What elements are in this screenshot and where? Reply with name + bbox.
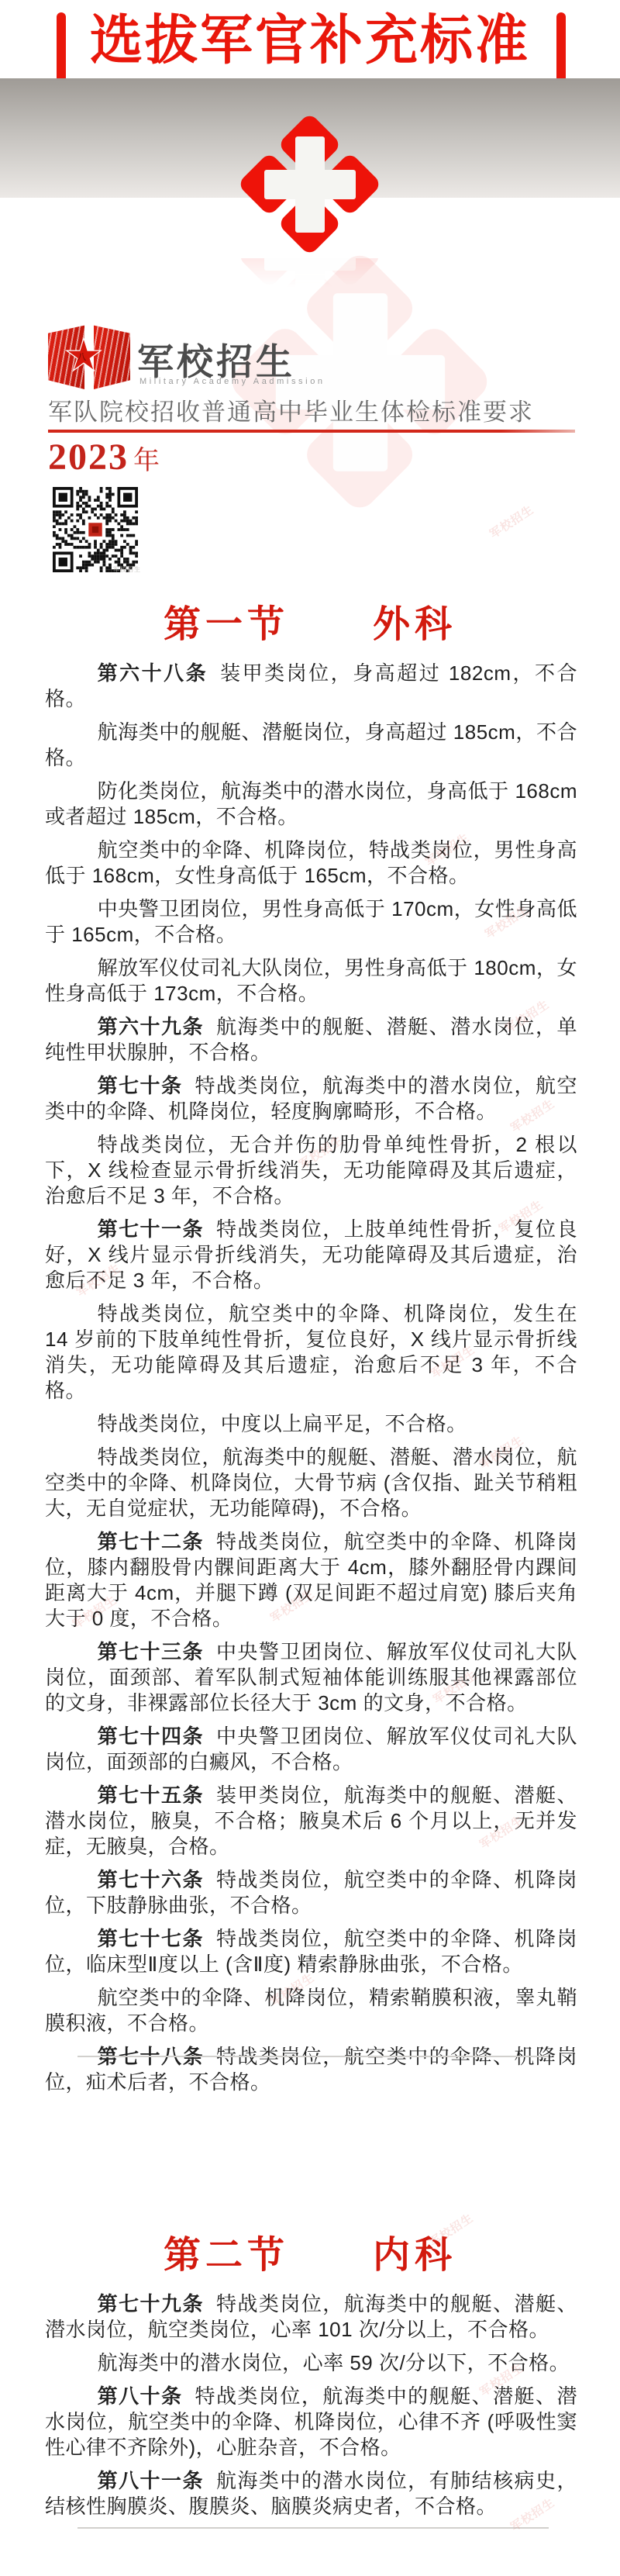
- qr-code: [52, 487, 139, 572]
- section-title: 第二节 内科: [0, 2229, 620, 2282]
- red-book-star-icon: 八: [48, 324, 130, 389]
- medical-cross-reflection: [235, 258, 385, 328]
- body-paragraph: 第七十七条特战类岗位，航空类中的伞降、机降岗位，临床型Ⅱ度以上 (含Ⅱ度) 精索…: [45, 1926, 577, 1977]
- body-paragraph: 第七十四条中央警卫团岗位、解放军仪仗司礼大队岗位，面颈部的白癜风，不合格。: [45, 1724, 577, 1775]
- body-paragraph: 第六十九条航海类中的舰艇、潜艇、潜水岗位，单纯性甲状腺肿，不合格。: [45, 1014, 577, 1065]
- body-paragraph: 航空类中的伞降、机降岗位，精索鞘膜积液，睾丸鞘膜积液，不合格。: [45, 1985, 577, 2036]
- article-number: 第八十条: [98, 2384, 183, 2408]
- section-internal-medicine: 第二节 内科 第七十九条特战类岗位，航海类中的舰艇、潜艇、潜水岗位，航空类岗位，…: [0, 2229, 620, 2519]
- year-number: 2023: [48, 437, 129, 478]
- body-paragraph: 第七十五条装甲类岗位，航海类中的舰艇、潜艇、潜水岗位，腋臭，不合格；腋臭术后 6…: [45, 1783, 577, 1859]
- article-number: 第七十一条: [98, 1217, 204, 1241]
- article-number: 第六十八条: [98, 661, 208, 685]
- section-paragraphs: 第七十九条特战类岗位，航海类中的舰艇、潜艇、潜水岗位，航空类岗位，心率 101 …: [0, 2291, 620, 2519]
- article-number: 第七十五条: [98, 1784, 204, 1807]
- article-number: 第七十七条: [98, 1927, 204, 1950]
- body-paragraph: 特战类岗位，无合并伤的肋骨单纯性骨折，2 根以下，X 线检查显示骨折线消失，无功…: [45, 1132, 577, 1209]
- section-paragraphs: 第六十八条装甲类岗位，身高超过 182cm，不合格。航海类中的舰艇、潜艇岗位，身…: [0, 661, 620, 2095]
- body-paragraph: 第六十八条装甲类岗位，身高超过 182cm，不合格。: [45, 661, 577, 712]
- article-number: 第七十条: [98, 1074, 183, 1097]
- bottom-divider: [77, 2527, 549, 2529]
- body-paragraph: 第七十条特战类岗位，航海类中的潜水岗位，航空类中的伞降、机降岗位，轻度胸廓畸形，…: [45, 1073, 577, 1124]
- article-number: 第七十六条: [98, 1868, 204, 1891]
- article-number: 第七十四条: [98, 1725, 204, 1748]
- body-paragraph: 第八十条特战类岗位，航海类中的舰艇、潜艇、潜水岗位，航空类中的伞降、机降岗位，心…: [45, 2384, 577, 2460]
- body-paragraph: 第七十六条特战类岗位，航空类中的伞降、机降岗位，下肢静脉曲张，不合格。: [45, 1867, 577, 1918]
- emblem-cross: [264, 170, 356, 199]
- section-surgery: 第一节 外科 第六十八条装甲类岗位，身高超过 182cm，不合格。航海类中的舰艇…: [0, 599, 620, 2095]
- banner-title: 选拔军官补充标准: [0, 7, 620, 74]
- body-paragraph: 航空类中的伞降、机降岗位，特战类岗位，男性身高低于 168cm，女性身高低于 1…: [45, 837, 577, 889]
- red-rule: [48, 430, 575, 433]
- body-paragraph: 第七十三条中央警卫团岗位、解放军仪仗司礼大队岗位，面颈部、着军队制式短袖体能训练…: [45, 1639, 577, 1716]
- body-paragraph: 第八十一条航海类中的潜水岗位，有肺结核病史，结核性胸膜炎、腹膜炎、脑膜炎病史者，…: [45, 2468, 577, 2519]
- year-label: 2023年: [48, 436, 160, 478]
- body-paragraph: 第七十二条特战类岗位，航空类中的伞降、机降岗位，膝内翻股骨内髁间距离大于 4cm…: [45, 1529, 577, 1632]
- section-divider: [77, 2056, 549, 2057]
- section-title: 第一节 外科: [0, 599, 620, 651]
- qr-caption: 军校招生: [113, 565, 141, 574]
- body-paragraph: 第七十八条特战类岗位，航空类中的伞降、机降岗位，疝术后者，不合格。: [45, 2044, 577, 2095]
- article-number: 第八十一条: [98, 2469, 204, 2492]
- article-number: 第七十三条: [98, 1640, 204, 1663]
- poster-page: 选拔军官补充标准 八 军校招生 Military Academy Aadmiss…: [0, 0, 620, 2576]
- body-paragraph: 第七十九条特战类岗位，航海类中的舰艇、潜艇、潜水岗位，航空类岗位，心率 101 …: [45, 2291, 577, 2343]
- body-paragraph: 特战类岗位，中度以上扁平足，不合格。: [45, 1411, 577, 1437]
- body-paragraph: 特战类岗位，航空类中的伞降、机降岗位，发生在 14 岁前的下肢单纯性骨折，复位良…: [45, 1301, 577, 1404]
- year-suffix: 年: [133, 447, 160, 475]
- article-number: 第七十二条: [98, 1530, 204, 1553]
- document-subtitle: 军队院校招收普通高中毕业生体检标准要求: [48, 392, 591, 427]
- article-number: 第七十九条: [98, 2292, 204, 2315]
- body-paragraph: 防化类岗位，航海类中的潜水岗位，身高低于 168cm 或者超过 185cm，不合…: [45, 779, 577, 830]
- body-paragraph: 第七十一条特战类岗位，上肢单纯性骨折，复位良好，X 线片显示骨折线消失，无功能障…: [45, 1217, 577, 1293]
- article-number: 第六十九条: [98, 1015, 204, 1038]
- body-paragraph: 解放军仪仗司礼大队岗位，男性身高低于 180cm，女性身高低于 173cm，不合…: [45, 955, 577, 1007]
- medical-cross-icon: [235, 112, 385, 257]
- body-paragraph: 航海类中的舰艇、潜艇岗位，身高超过 185cm，不合格。: [45, 720, 577, 771]
- brand-subtitle-en: Military Academy Aadmission: [139, 377, 325, 386]
